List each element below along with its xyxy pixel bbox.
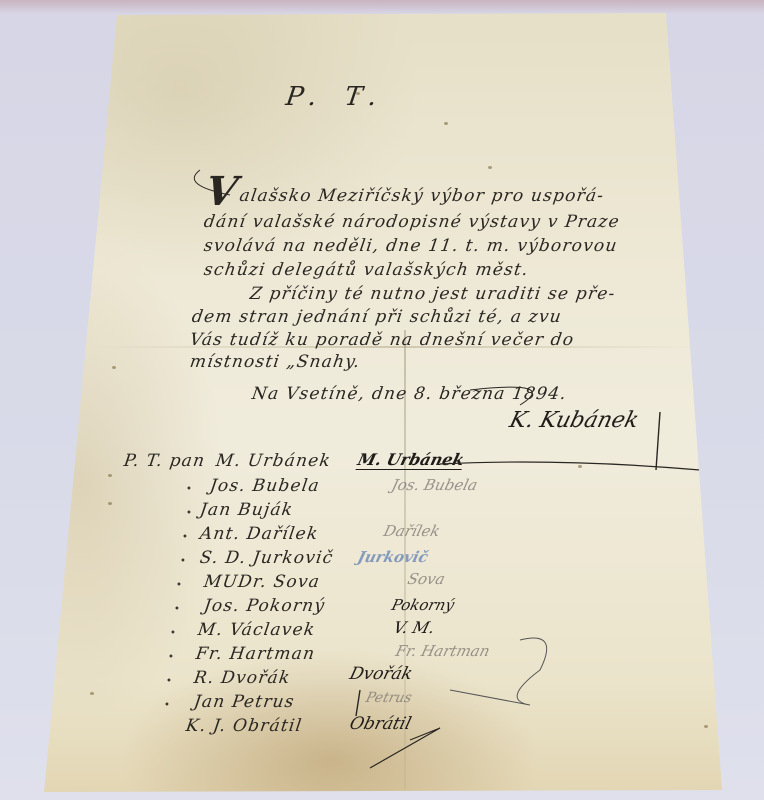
document-paper: P. T. Valašsko Meziříčský výbor pro uspo… [0,0,764,800]
signature-flourishes [0,0,764,800]
